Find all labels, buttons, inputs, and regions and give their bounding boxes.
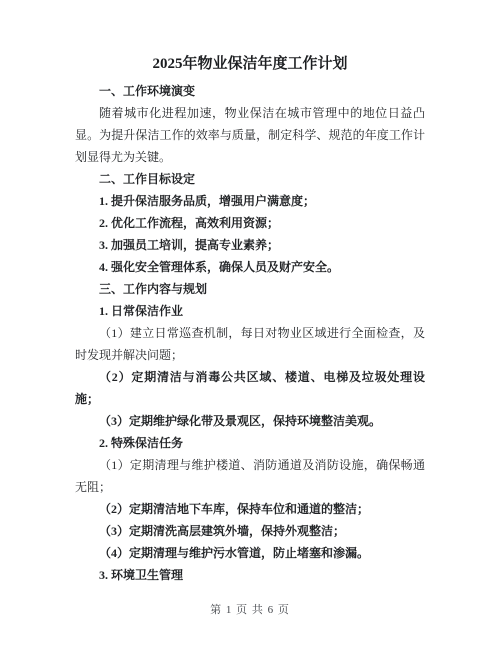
subsection-heading: 2. 特殊保洁任务 bbox=[75, 432, 425, 454]
paragraph: （1）定期清理与维护楼道、消防通道及消防设施，确保畅通无阻； bbox=[75, 454, 425, 498]
document-body: 2025年物业保洁年度工作计划 一、工作环境演变 随着城市化进程加速，物业保洁在… bbox=[75, 50, 425, 586]
subsection-heading: 3. 环境卫生管理 bbox=[75, 564, 425, 586]
paragraph: 随着城市化进程加速，物业保洁在城市管理中的地位日益凸显。为提升保洁工作的效率与质… bbox=[75, 102, 425, 168]
list-item: 2. 优化工作流程，高效利用资源； bbox=[75, 212, 425, 234]
section-heading: 三、工作内容与规划 bbox=[75, 278, 425, 300]
list-item: （3）定期维护绿化带及景观区，保持环境整洁美观。 bbox=[75, 410, 425, 432]
list-item: （2）定期清洁与消毒公共区域、楼道、电梯及垃圾处理设施； bbox=[75, 366, 425, 410]
section-heading: 一、工作环境演变 bbox=[75, 80, 425, 102]
list-item: 4. 强化安全管理体系，确保人员及财产安全。 bbox=[75, 256, 425, 278]
list-item: 3. 加强员工培训，提高专业素养； bbox=[75, 234, 425, 256]
document-title: 2025年物业保洁年度工作计划 bbox=[75, 50, 425, 78]
list-item: （2）定期清洁地下车库，保持车位和通道的整洁； bbox=[75, 498, 425, 520]
list-item: （3）定期清洗高层建筑外墙，保持外观整洁； bbox=[75, 520, 425, 542]
page-footer: 第 1 页 共 6 页 bbox=[0, 599, 500, 621]
document-page: 2025年物业保洁年度工作计划 一、工作环境演变 随着城市化进程加速，物业保洁在… bbox=[0, 0, 500, 647]
list-item: （4）定期清理与维护污水管道，防止堵塞和渗漏。 bbox=[75, 542, 425, 564]
subsection-heading: 1. 日常保洁作业 bbox=[75, 300, 425, 322]
paragraph: （1）建立日常巡查机制，每日对物业区域进行全面检查，及时发现并解决问题； bbox=[75, 322, 425, 366]
section-heading: 二、工作目标设定 bbox=[75, 168, 425, 190]
list-item: 1. 提升保洁服务品质，增强用户满意度； bbox=[75, 190, 425, 212]
